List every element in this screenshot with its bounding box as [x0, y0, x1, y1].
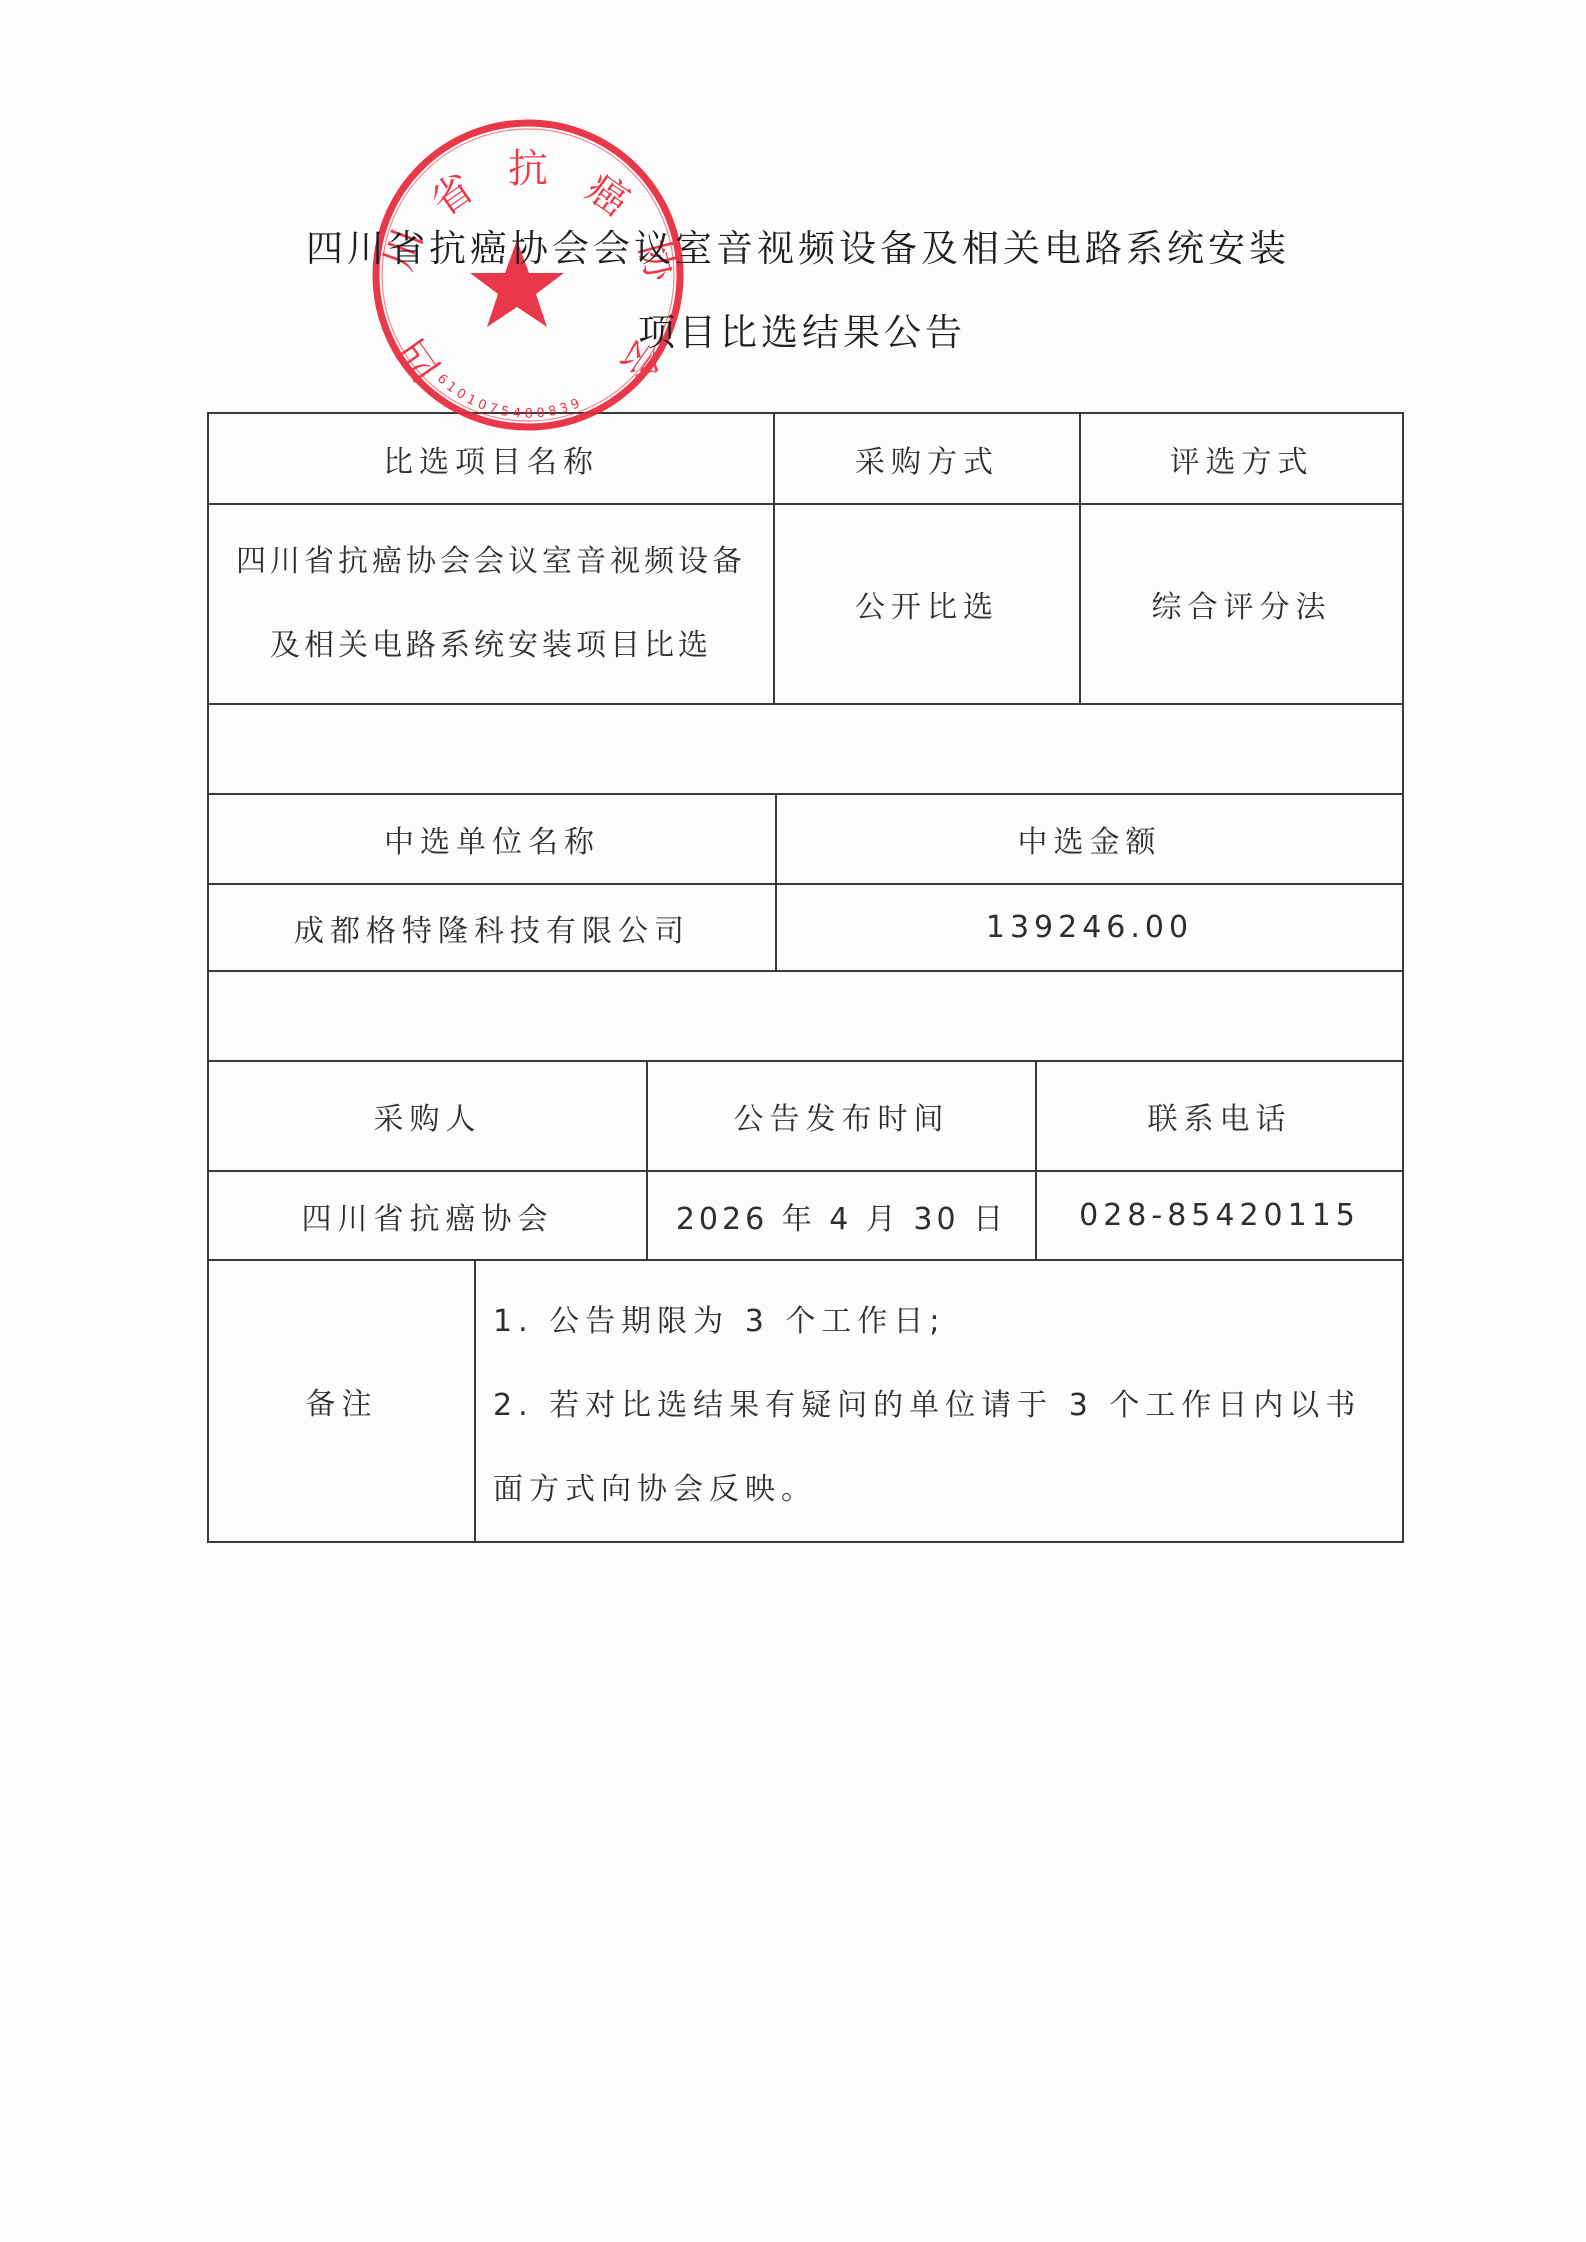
purchaser-value: 四川省抗癌协会 — [209, 1172, 646, 1259]
winner-name-value: 成都格特隆科技有限公司 — [209, 885, 775, 970]
table-border-right — [1402, 412, 1404, 1543]
remarks-label: 备注 — [209, 1261, 474, 1541]
header-project-name: 比选项目名称 — [209, 414, 773, 503]
document-title-line2: 项目比选结果公告 — [9, 302, 1586, 356]
seal-char-3: 省 — [423, 165, 482, 226]
table-border-bottom — [207, 1541, 1404, 1543]
document-title-line1: 四川省抗癌协会会议室音视频设备及相关电路系统安装 — [5, 218, 1586, 272]
table-col-divider — [474, 1259, 476, 1541]
table-row-divider — [207, 703, 1404, 705]
table-row-divider — [207, 970, 1404, 972]
project-name-line1: 四川省抗癌协会会议室音视频设备 — [236, 520, 746, 604]
header-winner-name: 中选单位名称 — [209, 795, 775, 883]
winning-amount-value: 139246.00 — [777, 885, 1402, 970]
header-publish-date: 公告发布时间 — [648, 1062, 1035, 1170]
header-winning-amount: 中选金额 — [777, 795, 1402, 883]
remarks-content: 1. 公告期限为 3 个工作日; 2. 若对比选结果有疑问的单位请于 3 个工作… — [493, 1280, 1393, 1532]
header-procurement-method: 采购方式 — [775, 414, 1079, 503]
remark-line-2: 2. 若对比选结果有疑问的单位请于 3 个工作日内以书 — [493, 1364, 1393, 1448]
remark-line-1: 1. 公告期限为 3 个工作日; — [493, 1280, 1393, 1364]
seal-char-4: 抗 — [508, 146, 548, 192]
evaluation-method-value: 综合评分法 — [1081, 505, 1402, 703]
header-purchaser: 采购人 — [209, 1062, 646, 1170]
official-seal-stamp: 四 川 省 抗 癌 协 会 6101075480839 — [368, 114, 690, 438]
project-name-cell: 四川省抗癌协会会议室音视频设备 及相关电路系统安装项目比选 — [209, 505, 773, 703]
publish-date-value: 2026 年 4 月 30 日 — [648, 1172, 1035, 1259]
project-name-line2: 及相关电路系统安装项目比选 — [236, 604, 746, 688]
remark-line-3: 面方式向协会反映。 — [493, 1448, 1393, 1532]
header-contact-phone: 联系电话 — [1037, 1062, 1402, 1170]
seal-char-5: 癌 — [578, 165, 637, 226]
procurement-method-value: 公开比选 — [775, 505, 1079, 703]
contact-phone-value: 028-85420115 — [1037, 1172, 1402, 1259]
header-evaluation-method: 评选方式 — [1081, 414, 1402, 503]
